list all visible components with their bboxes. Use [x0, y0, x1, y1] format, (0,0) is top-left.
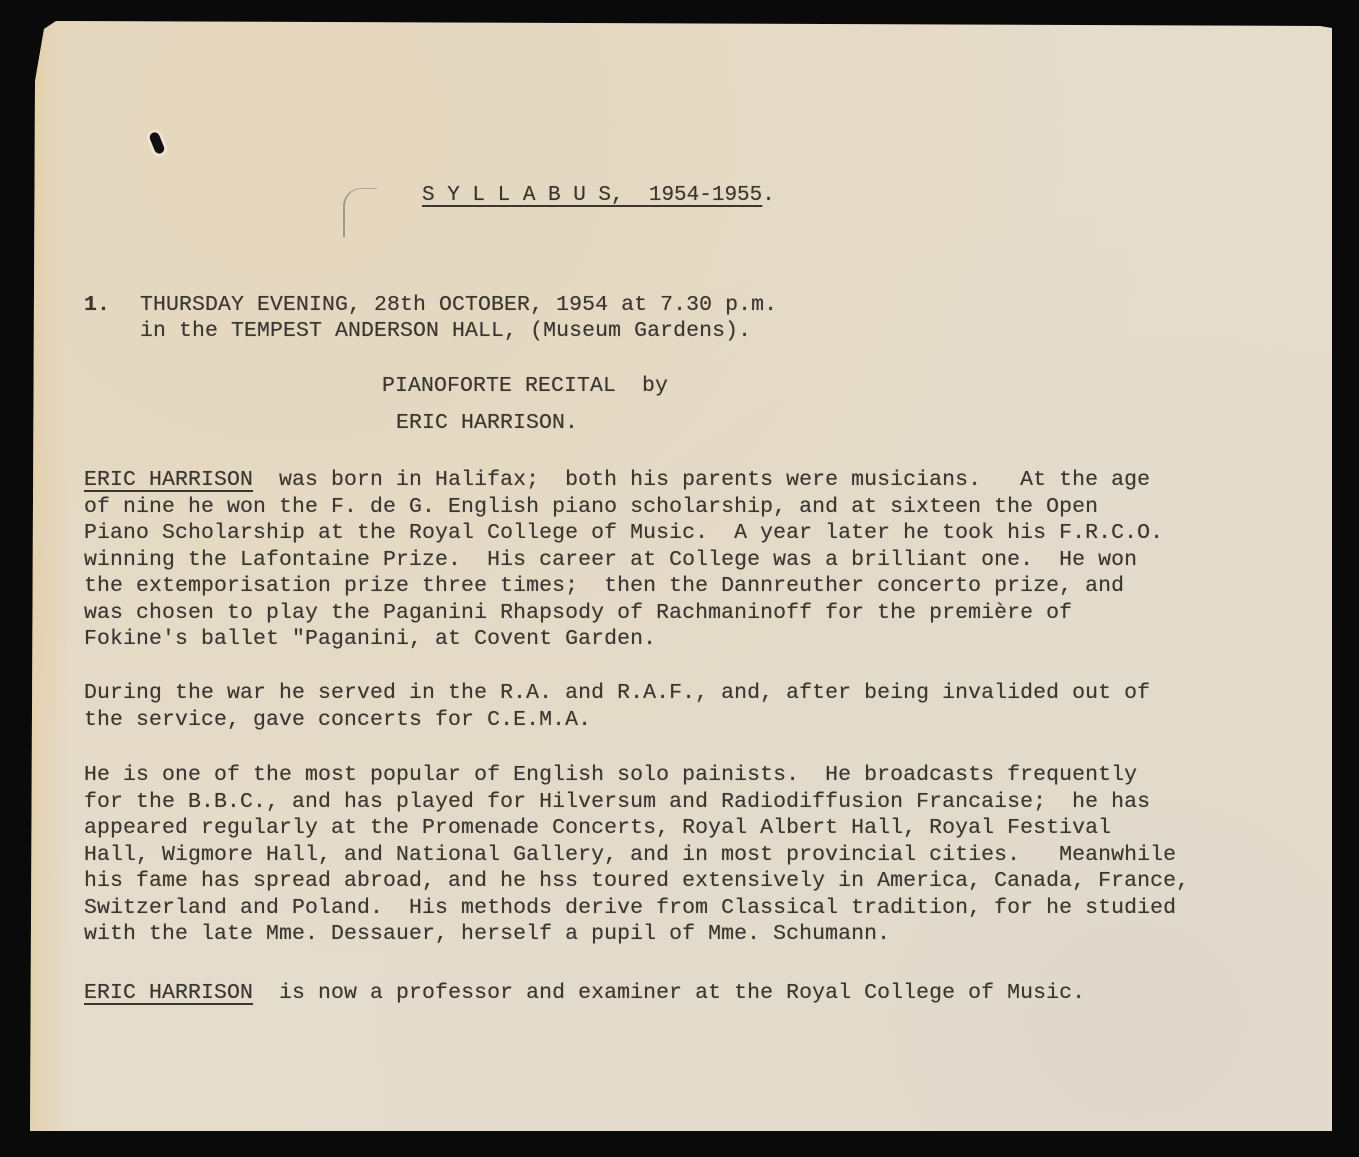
pencil-mark: [343, 188, 377, 237]
paragraph-line: the service, gave concerts for C.E.M.A.: [84, 708, 591, 732]
performer-name-underlined: ERIC HARRISON: [84, 981, 253, 1005]
paragraph-line: During the war he served in the R.A. and…: [84, 681, 1150, 705]
paragraph-line: Switzerland and Poland. His methods deri…: [84, 896, 1176, 920]
event-datetime: THURSDAY EVENING, 28th OCTOBER, 1954 at …: [140, 292, 777, 319]
event-venue: in the TEMPEST ANDERSON HALL, (Museum Ga…: [140, 318, 751, 345]
paragraph-line: for the B.B.C., and has played for Hilve…: [84, 790, 1150, 814]
paragraph-line: the extemporisation prize three times; t…: [84, 574, 1124, 598]
paragraph-line: He is one of the most popular of English…: [84, 763, 1137, 787]
paragraph-line: Piano Scholarship at the Royal College o…: [84, 521, 1163, 545]
title-period: .: [762, 184, 775, 207]
paragraph-line: his fame has spread abroad, and he hss t…: [84, 869, 1189, 893]
paragraph-line: is now a professor and examiner at the R…: [253, 981, 1085, 1005]
title-text: S Y L L A B U S, 1954-1955: [422, 184, 762, 207]
paragraph-line: Fokine's ballet "Paganini, at Covent Gar…: [84, 627, 656, 651]
performer-name-underlined: ERIC HARRISON: [84, 468, 253, 492]
document-title: S Y L L A B U S, 1954-1955.: [422, 183, 775, 210]
career-paragraph: He is one of the most popular of English…: [84, 762, 1189, 948]
biography-paragraph-1: ERIC HARRISON was born in Halifax; both …: [84, 467, 1163, 653]
paragraph-line: appeared regularly at the Promenade Conc…: [84, 816, 1111, 840]
paragraph-line: was chosen to play the Paganini Rhapsody…: [84, 601, 1072, 625]
scan-frame: S Y L L A B U S, 1954-1955. 1. THURSDAY …: [0, 0, 1359, 1157]
event-type: PIANOFORTE RECITAL by: [382, 373, 668, 400]
paragraph-line: of nine he won the F. de G. English pian…: [84, 495, 1098, 519]
event-number: 1.: [84, 292, 110, 319]
current-role-paragraph: ERIC HARRISON is now a professor and exa…: [84, 980, 1085, 1007]
paragraph-line: was born in Halifax; both his parents we…: [253, 468, 1150, 492]
paragraph-line: winning the Lafontaine Prize. His career…: [84, 548, 1137, 572]
event-performer: ERIC HARRISON.: [396, 410, 578, 437]
war-service-paragraph: During the war he served in the R.A. and…: [84, 680, 1150, 733]
paragraph-line: with the late Mme. Dessauer, herself a p…: [84, 922, 890, 946]
paragraph-line: Hall, Wigmore Hall, and National Gallery…: [84, 843, 1176, 867]
